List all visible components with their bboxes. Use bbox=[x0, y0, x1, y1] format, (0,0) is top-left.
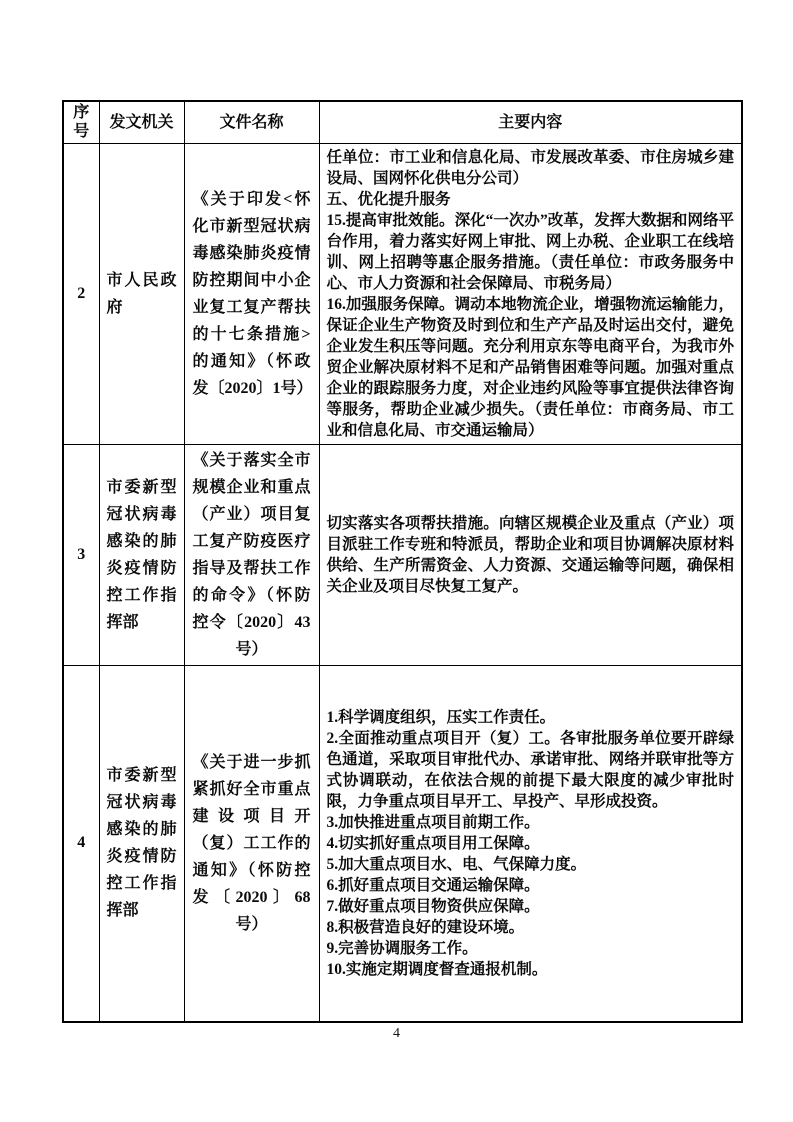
header-cell-no: 序号 bbox=[63, 101, 99, 143]
row-number-cell: 3 bbox=[63, 444, 99, 665]
table-row: 3 市委新型冠状病毒感染的肺炎疫情防控工作指挥部 《关于落实全市规模企业和重点（… bbox=[63, 444, 742, 665]
agency-cell: 市委新型冠状病毒感染的肺炎疫情防控工作指挥部 bbox=[99, 444, 184, 665]
table-row: 2 市人民政府 《关于印发<怀化市新型冠状病毒感染肺炎疫情防控期间中小企业复工复… bbox=[63, 143, 742, 444]
header-cell-doc-name: 文件名称 bbox=[184, 101, 319, 143]
row-number-cell: 2 bbox=[63, 143, 99, 444]
header-cell-content: 主要内容 bbox=[319, 101, 742, 143]
content-cell: 任单位：市工业和信息化局、市发展改革委、市住房城乡建设局、国网怀化供电分公司） … bbox=[319, 143, 742, 444]
agency-cell: 市人民政府 bbox=[99, 143, 184, 444]
page-number: 4 bbox=[0, 1026, 793, 1042]
policy-documents-table: 序号 发文机关 文件名称 主要内容 2 市人民政府 《关于印发<怀化市新型冠状病… bbox=[62, 100, 743, 1023]
agency-cell: 市委新型冠状病毒感染的肺炎疫情防控工作指挥部 bbox=[99, 665, 184, 1022]
row-number-cell: 4 bbox=[63, 665, 99, 1022]
document-page: 序号 发文机关 文件名称 主要内容 2 市人民政府 《关于印发<怀化市新型冠状病… bbox=[0, 0, 793, 1122]
doc-name-cell: 《关于印发<怀化市新型冠状病毒感染肺炎疫情防控期间中小企业复工复产帮扶的十七条措… bbox=[184, 143, 319, 444]
content-cell: 1.科学调度组织，压实工作责任。 2.全面推动重点项目开（复）工。各审批服务单位… bbox=[319, 665, 742, 1022]
header-cell-agency: 发文机关 bbox=[99, 101, 184, 143]
doc-name-cell: 《关于落实全市规模企业和重点（产业）项目复工复产防疫医疗指导及帮扶工作的命令》（… bbox=[184, 444, 319, 665]
doc-name-cell: 《关于进一步抓紧抓好全市重点建设项目开（复）工工作的通知》（怀防控发〔2020〕… bbox=[184, 665, 319, 1022]
table-header-row: 序号 发文机关 文件名称 主要内容 bbox=[63, 101, 742, 143]
content-cell: 切实落实各项帮扶措施。向辖区规模企业及重点（产业）项目派驻工作专班和特派员，帮助… bbox=[319, 444, 742, 665]
table-row: 4 市委新型冠状病毒感染的肺炎疫情防控工作指挥部 《关于进一步抓紧抓好全市重点建… bbox=[63, 665, 742, 1022]
